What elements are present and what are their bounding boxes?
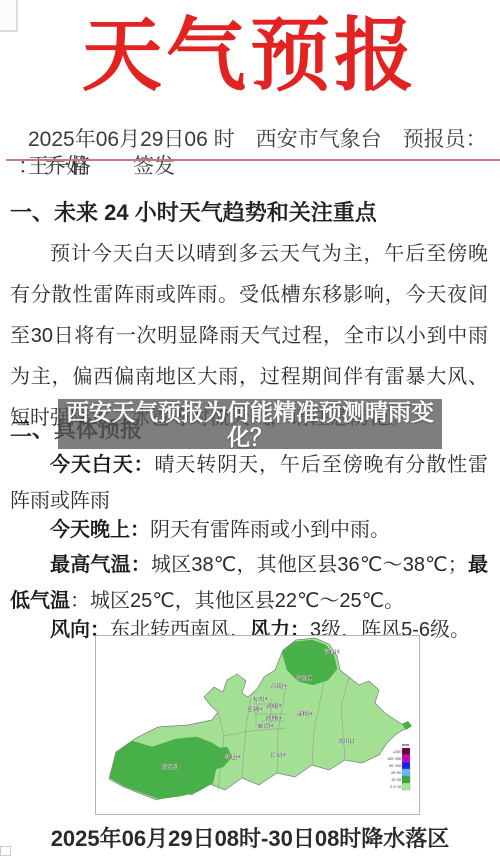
forecast-label: 今天晚上： <box>50 519 150 541</box>
district-label: 碑林区 <box>266 714 283 722</box>
district-label: 雁塔区 <box>258 722 275 730</box>
legend-title: mm <box>402 742 410 747</box>
legend-label: 50~100 <box>389 764 401 768</box>
legend-swatch <box>402 762 410 769</box>
legend-swatch <box>402 783 410 790</box>
district-label: 灞桥区 <box>297 710 314 718</box>
weather-bulletin-page: 天气预报 2025年06月29日06 时 西安市气象台 预报员：王一格 签发 ：… <box>0 0 500 857</box>
district-label: 鄠邑区 <box>225 753 242 761</box>
forecast-label: 今天白天： <box>50 454 155 476</box>
legend-swatch <box>402 755 410 762</box>
forecast-text: 城区38℃，其他区县36℃～38℃； <box>151 554 468 576</box>
caption-overlay: 西安天气预报为何能精准预测晴雨变化？ <box>58 399 442 449</box>
district-label: 阎良区 <box>324 648 341 656</box>
forecast-item-temperature: 最高气温：城区38℃，其他区县36℃～38℃；最低气温：城区25℃，其他区县22… <box>10 547 488 619</box>
legend-label: 25~50 <box>391 771 401 775</box>
issue-meta: 2025年06月29日06 时 西安市气象台 预报员：王一格 签发 <box>28 126 494 180</box>
legend-swatch <box>402 748 410 755</box>
forecast-text: ：城区25℃，其他区县22℃～25℃。 <box>70 590 404 612</box>
legend-label: 0.1~10 <box>390 785 401 789</box>
forecast-item-night: 今天晚上：阴天有雷阵雨或小到中雨。 <box>10 512 488 548</box>
precipitation-map: 阎良区 临潼区 高陵区 未央区 灞桥区 新城区 莲湖区 碑林区 雁塔区 长安区 … <box>95 635 420 815</box>
district-label: 临潼区 <box>296 674 313 682</box>
issuer-name: ： 乔娟 <box>18 150 87 180</box>
legend-label: ≥250 <box>393 750 401 754</box>
precip-legend: mm ≥250 100~250 50~100 25~50 10~25 0.1~1… <box>387 742 410 790</box>
district-label: 蓝田县 <box>338 737 355 745</box>
district-label: 长安区 <box>270 751 287 759</box>
page-title: 天气预报 <box>0 0 500 112</box>
legend-label: 100~250 <box>387 757 401 761</box>
district-label: 未央区 <box>252 695 269 703</box>
map-caption: 2025年06月29日08时-30日08时降水落区 <box>0 822 500 853</box>
forecast-item-daytime: 今天白天：晴天转阴天，午后至傍晚有分散性雷阵雨或阵雨 <box>10 447 488 519</box>
legend-swatch <box>402 776 410 783</box>
legend-label: 10~25 <box>391 778 401 782</box>
section1-heading: 一、未来 24 小时天气趋势和关注重点 <box>10 196 490 227</box>
district-label: 周至县 <box>162 763 179 771</box>
signature-underline <box>6 159 500 161</box>
district-label: 高陵区 <box>271 682 288 690</box>
xian-precipitation-svg: 阎良区 临潼区 高陵区 未央区 灞桥区 新城区 莲湖区 碑林区 雁塔区 长安区 … <box>96 636 419 814</box>
district-label: 莲湖区 <box>247 705 264 713</box>
forecast-text: 阴天有雷阵雨或小到中雨。 <box>150 519 390 541</box>
district-label: 新城区 <box>266 702 283 710</box>
forecast-label: 最高气温： <box>50 554 151 576</box>
legend-swatch <box>402 769 410 776</box>
